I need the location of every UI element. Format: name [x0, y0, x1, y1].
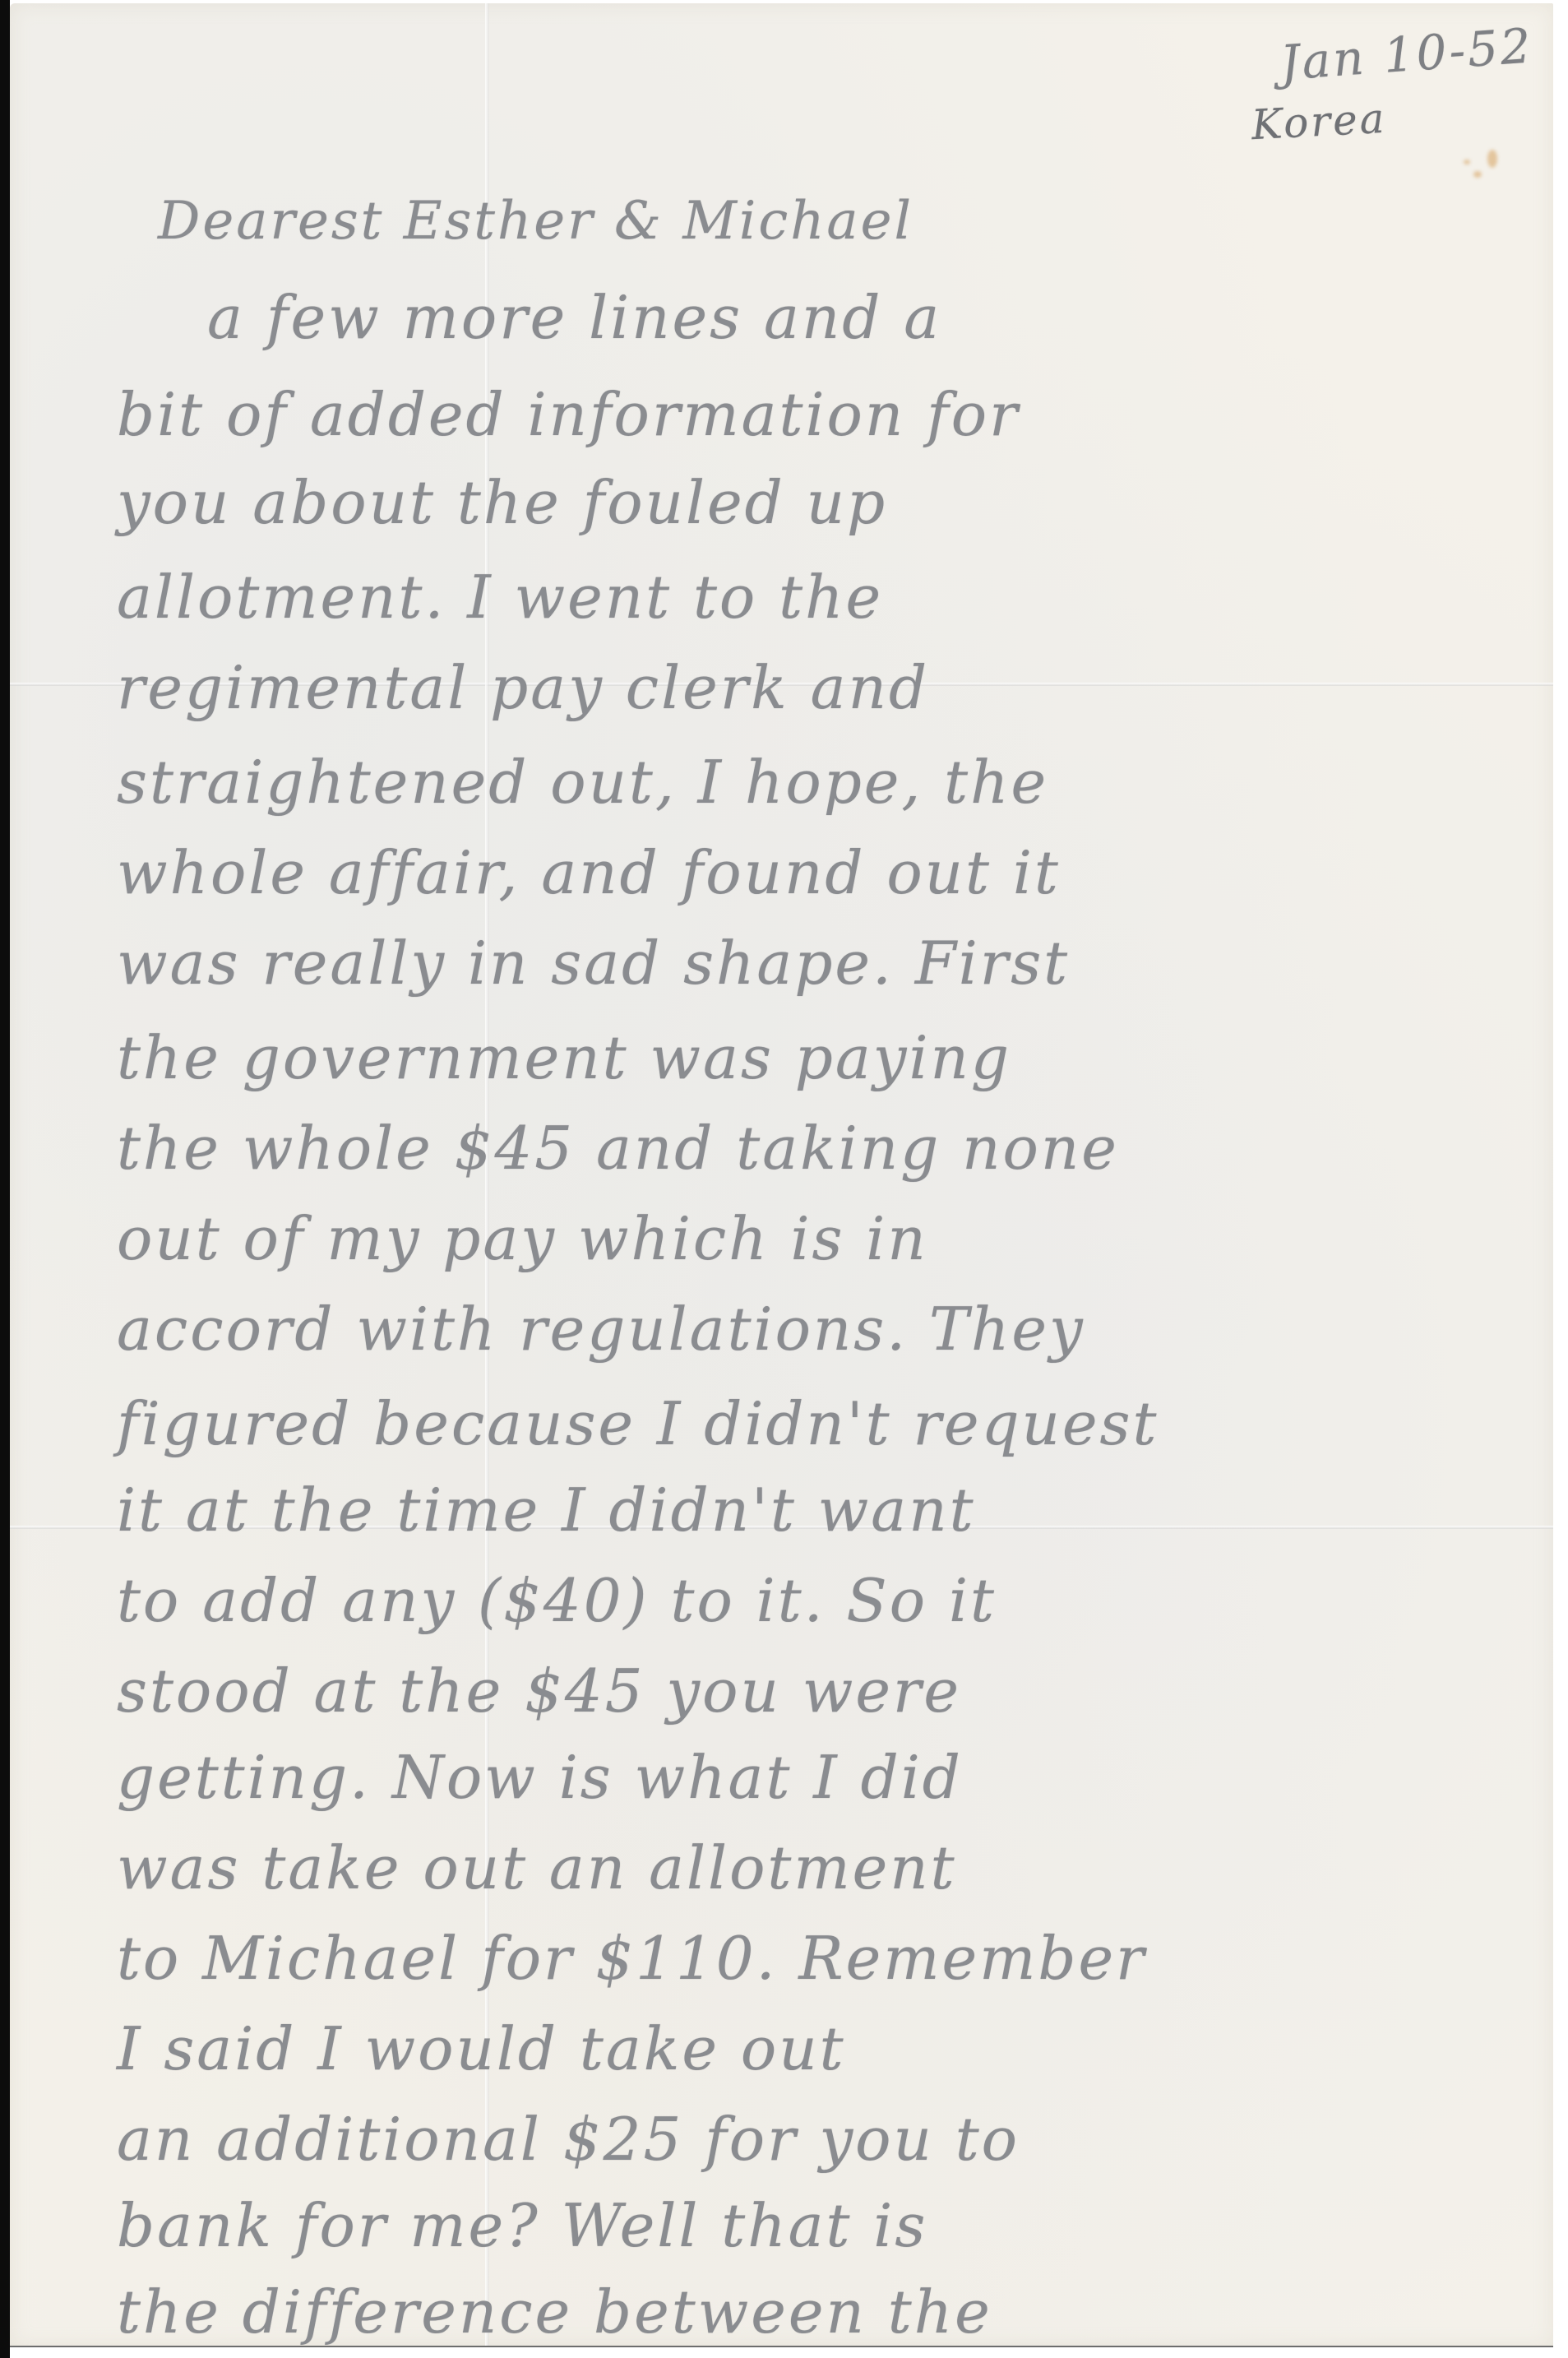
- rust-stain: [1487, 150, 1497, 168]
- letter-page: Jan 10-52 Korea Dearest Esther & Michael…: [10, 3, 1553, 2347]
- body-line: the difference between the: [117, 2277, 992, 2346]
- body-line: it at the time I didn't want: [117, 1475, 976, 1545]
- rust-stain: [1464, 160, 1470, 164]
- body-line: bank for me? Well that is: [117, 2191, 927, 2260]
- letter-salutation: Dearest Esther & Michael: [158, 191, 914, 252]
- letter-place: Korea: [1251, 95, 1388, 150]
- scan-left-border: [0, 0, 10, 2358]
- body-line: a few more lines and a: [207, 283, 941, 352]
- body-line: the whole $45 and taking none: [117, 1114, 1119, 1183]
- letter-date: Jan 10-52: [1279, 17, 1535, 90]
- body-line: figured because I didn't request: [117, 1389, 1159, 1458]
- body-line: an additional $25 for you to: [117, 2105, 1020, 2174]
- body-line: to Michael for $110. Remember: [117, 1924, 1146, 1993]
- body-line: bit of added information for: [117, 380, 1020, 449]
- body-line: straightened out, I hope, the: [117, 748, 1048, 817]
- body-line: stood at the $45 you were: [117, 1656, 961, 1726]
- body-line: getting. Now is what I did: [117, 1743, 963, 1812]
- body-line: regimental pay clerk and: [117, 653, 929, 722]
- body-line: the government was paying: [117, 1023, 1011, 1092]
- body-line: accord with regulations. They: [117, 1295, 1085, 1364]
- body-line: to add any ($40) to it. So it: [117, 1566, 997, 1635]
- body-line: you about the fouled up: [117, 468, 887, 537]
- body-line: out of my pay which is in: [117, 1204, 928, 1273]
- body-line: whole affair, and found out it: [117, 838, 1061, 907]
- body-line: was really in sad shape. First: [117, 929, 1070, 998]
- rust-stain: [1473, 171, 1482, 178]
- body-line: allotment. I went to the: [117, 563, 883, 632]
- body-line: I said I would take out: [117, 2014, 846, 2083]
- body-line: was take out an allotment: [117, 1833, 957, 1902]
